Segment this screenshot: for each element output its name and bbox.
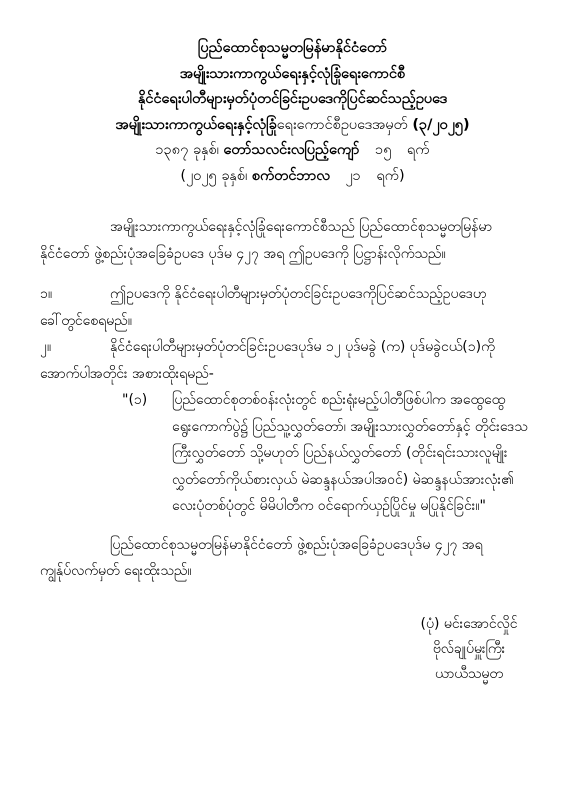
gregorian-day-word: ရက်)	[376, 168, 404, 184]
law-number-value: (၃/၂၀၂၅)	[412, 117, 469, 133]
preamble-line-1: အမျိုးသားကာကွယ်ရေးနှင့်လုံခြုံရေးကောင်စီ…	[40, 214, 545, 241]
quote-line-3: ကြီးလွှတ်တော် သို့မဟုတ် ပြည်နယ်လွှတ်တော်…	[122, 440, 545, 467]
signature-block: (ပုံ) မင်းအောင်လှိုင် ဗိုလ်ချုပ်မှူးကြီး…	[40, 612, 545, 687]
myanmar-date-line: ၁၃၈၇ ခုနှစ်၊ တော်သလင်းလပြည့်ကျော် ၁၅ ရက်	[40, 138, 545, 164]
gregorian-month: စက်တင်ဘာလ	[252, 168, 330, 184]
state-name: ပြည်ထောင်စုသမ္မတမြန်မာနိုင်ငံတော်	[40, 36, 545, 62]
gregorian-year: (၂၀၂၅ ခုနှစ်၊	[180, 168, 247, 184]
quote-line-2: ရွေးကောက်ပွဲ၌ ပြည်သူ့လွှတ်တော်၊ အမျိုးသာ…	[122, 414, 545, 441]
quote-line-5: လေးပုံတစ်ပုံတွင် မိမိပါတီက ဝင်ရောက်ယှဉ်ပ…	[122, 493, 545, 520]
signatory-rank: ဗိုလ်ချုပ်မှူးကြီး	[393, 637, 545, 662]
law-title: နိုင်ငံရေးပါတီများမှတ်ပုံတင်ခြင်းဥပဒေကို…	[40, 87, 545, 113]
section-1-line-1: ၁။ဤဥပဒေကို နိုင်ငံရေးပါတီများမှတ်ပုံတင်ခ…	[40, 281, 545, 308]
document-page: ပြည်ထောင်စုသမ္မတမြန်မာနိုင်ငံတော် အမျိုး…	[0, 0, 582, 792]
section-2-line-2: အောက်ပါအတိုင်း အစားထိုးရမည်-	[40, 361, 545, 388]
preamble-paragraph: အမျိုးသားကာကွယ်ရေးနှင့်လုံခြုံရေးကောင်စီ…	[40, 214, 545, 267]
law-number-prefix: အမျိုးသားကာကွယ်ရေးနှင့်လုံခြုံ	[115, 117, 276, 133]
signatory-position: ယာယီသမ္မတ	[393, 662, 545, 687]
quote-item-marker: "(၁)	[122, 387, 172, 414]
quote-line-1-text: ပြည်ထောင်စုတစ်ဝန်းလုံးတွင် စည်းရုံးမည့်ပ…	[172, 392, 505, 408]
section-2-text: နိုင်ငံရေးပါတီများမှတ်ပုံတင်ခြင်းဥပဒေပုဒ…	[110, 339, 495, 355]
law-number-line: အမျိုးသားကာကွယ်ရေးနှင့်လုံခြုံရေးကောင်စီ…	[40, 113, 545, 139]
section-1-text: ဤဥပဒေကို နိုင်ငံရေးပါတီများမှတ်ပုံတင်ခြင…	[110, 286, 487, 302]
gregorian-date-line: (၂၀၂၅ ခုနှစ်၊ စက်တင်ဘာလ ၂၁ ရက်)	[40, 164, 545, 190]
law-sections: ၁။ဤဥပဒေကို နိုင်ငံရေးပါတီများမှတ်ပုံတင်ခ…	[40, 281, 545, 387]
closing-line-2: ကျွန်ုပ်လက်မှတ် ရေးထိုးသည်။	[40, 558, 545, 585]
quote-line-1: "(၁)ပြည်ထောင်စုတစ်ဝန်းလုံးတွင် စည်းရုံးမ…	[122, 387, 545, 414]
section-1-number: ၁။	[40, 281, 110, 308]
closing-line-1: ပြည်ထောင်စုသမ္မတမြန်မာနိုင်ငံတော် ဖွဲ့စည…	[40, 532, 545, 559]
signature-inner: (ပုံ) မင်းအောင်လှိုင် ဗိုလ်ချုပ်မှူးကြီး…	[393, 612, 545, 687]
closing-paragraph: ပြည်ထောင်စုသမ္မတမြန်မာနိုင်ငံတော် ဖွဲ့စည…	[40, 532, 545, 585]
quote-line-4: လွှတ်တော်ကိုယ်စားလှယ် မဲဆန္ဒနယ်အပါအဝင်) …	[122, 467, 545, 494]
law-number-middle: ရေးကောင်စီဥပဒေအမှတ်	[277, 117, 408, 133]
myanmar-day: ၁၅	[375, 138, 391, 164]
document-header: ပြည်ထောင်စုသမ္မတမြန်မာနိုင်ငံတော် အမျိုး…	[40, 36, 545, 189]
preamble-line-2: နိုင်ငံတော် ဖွဲ့စည်းပုံအခြေခံဥပဒေ ပုဒ်မ …	[40, 241, 545, 268]
myanmar-month: တော်သလင်းလပြည့်ကျော်	[224, 142, 360, 158]
section-2-line-1: ၂။နိုင်ငံရေးပါတီများမှတ်ပုံတင်ခြင်းဥပဒေပ…	[40, 334, 545, 361]
council-name: အမျိုးသားကာကွယ်ရေးနှင့်လုံခြုံရေးကောင်စီ	[40, 62, 545, 88]
section-2-number: ၂။	[40, 334, 110, 361]
gregorian-day: ၂၁	[346, 164, 361, 190]
myanmar-year: ၁၃၈၇ ခုနှစ်၊	[155, 142, 218, 158]
signatory-name: (ပုံ) မင်းအောင်လှိုင်	[393, 612, 545, 637]
myanmar-day-word: ရက်	[407, 142, 430, 158]
section-1-line-2: ခေါ်တွင်စေရမည်။	[40, 308, 545, 335]
amendment-quote-block: "(၁)ပြည်ထောင်စုတစ်ဝန်းလုံးတွင် စည်းရုံးမ…	[122, 387, 545, 520]
